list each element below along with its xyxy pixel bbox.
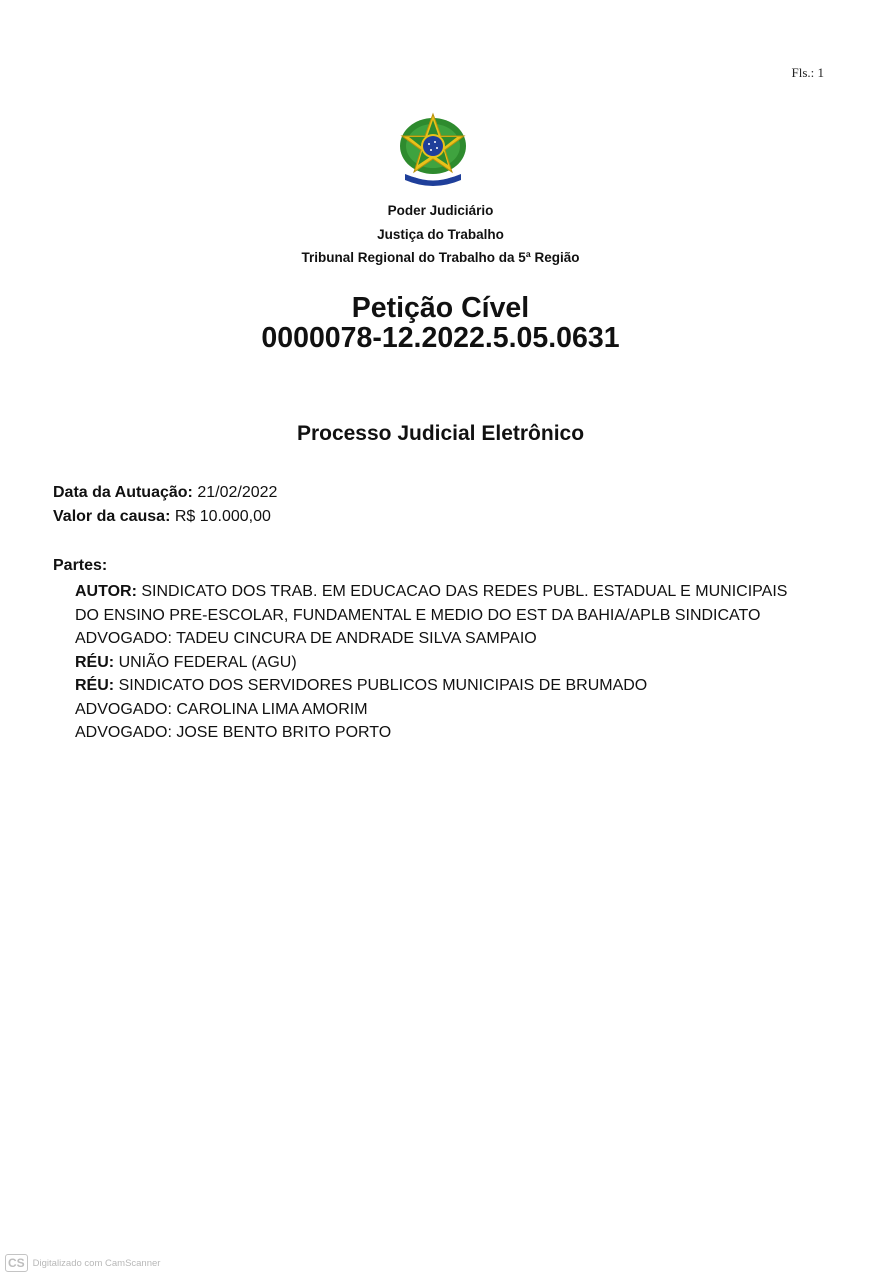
case-number: 0000078-12.2022.5.05.0631 (0, 323, 881, 353)
party-row: ADVOGADO: TADEU CINCURA DE ANDRADE SILVA… (75, 627, 795, 651)
party-role: ADVOGADO: (75, 630, 172, 647)
party-name: SINDICATO DOS TRAB. EM EDUCACAO DAS REDE… (75, 583, 787, 624)
party-row: AUTOR: SINDICATO DOS TRAB. EM EDUCACAO D… (75, 580, 795, 627)
case-value-label: Valor da causa: (53, 508, 170, 525)
parties-list: AUTOR: SINDICATO DOS TRAB. EM EDUCACAO D… (75, 580, 795, 745)
party-name: JOSE BENTO BRITO PORTO (176, 724, 391, 741)
party-name: UNIÃO FEDERAL (AGU) (119, 654, 297, 671)
document-title: Petição Cível 0000078-12.2022.5.05.0631 (0, 293, 881, 353)
party-row: RÉU: UNIÃO FEDERAL (AGU) (75, 651, 795, 675)
document-subtitle: Processo Judicial Eletrônico (0, 422, 881, 446)
party-row: RÉU: SINDICATO DOS SERVIDORES PUBLICOS M… (75, 674, 795, 698)
party-role: RÉU: (75, 677, 114, 694)
party-row: ADVOGADO: JOSE BENTO BRITO PORTO (75, 721, 795, 745)
party-name: TADEU CINCURA DE ANDRADE SILVA SAMPAIO (176, 630, 537, 647)
party-role: AUTOR: (75, 583, 137, 600)
page-number: Fls.: 1 (791, 65, 824, 81)
case-value-value: R$ 10.000,00 (175, 508, 271, 525)
party-role: ADVOGADO: (75, 724, 172, 741)
camscanner-logo-icon: CS (5, 1254, 28, 1272)
header-line-1: Poder Judiciário (0, 199, 881, 223)
scanner-watermark: CS Digitalizado com CamScanner (5, 1254, 160, 1272)
case-metadata: Data da Autuação: 21/02/2022 Valor da ca… (53, 481, 277, 528)
header-line-3: Tribunal Regional do Trabalho da 5ª Regi… (0, 246, 881, 270)
party-name: SINDICATO DOS SERVIDORES PUBLICOS MUNICI… (119, 677, 648, 694)
court-header: Poder Judiciário Justiça do Trabalho Tri… (0, 199, 881, 270)
scanner-watermark-text: Digitalizado com CamScanner (33, 1258, 161, 1269)
petition-type: Petição Cível (0, 293, 881, 323)
parties-label: Partes: (53, 557, 107, 575)
brazil-coat-of-arms-icon (395, 110, 471, 190)
filing-date-label: Data da Autuação: (53, 484, 193, 501)
filing-date-value: 21/02/2022 (197, 484, 277, 501)
party-name: CAROLINA LIMA AMORIM (176, 701, 367, 718)
filing-date-row: Data da Autuação: 21/02/2022 (53, 481, 277, 505)
case-value-row: Valor da causa: R$ 10.000,00 (53, 505, 277, 529)
party-row: ADVOGADO: CAROLINA LIMA AMORIM (75, 698, 795, 722)
party-role: ADVOGADO: (75, 701, 172, 718)
header-line-2: Justiça do Trabalho (0, 223, 881, 247)
party-role: RÉU: (75, 654, 114, 671)
